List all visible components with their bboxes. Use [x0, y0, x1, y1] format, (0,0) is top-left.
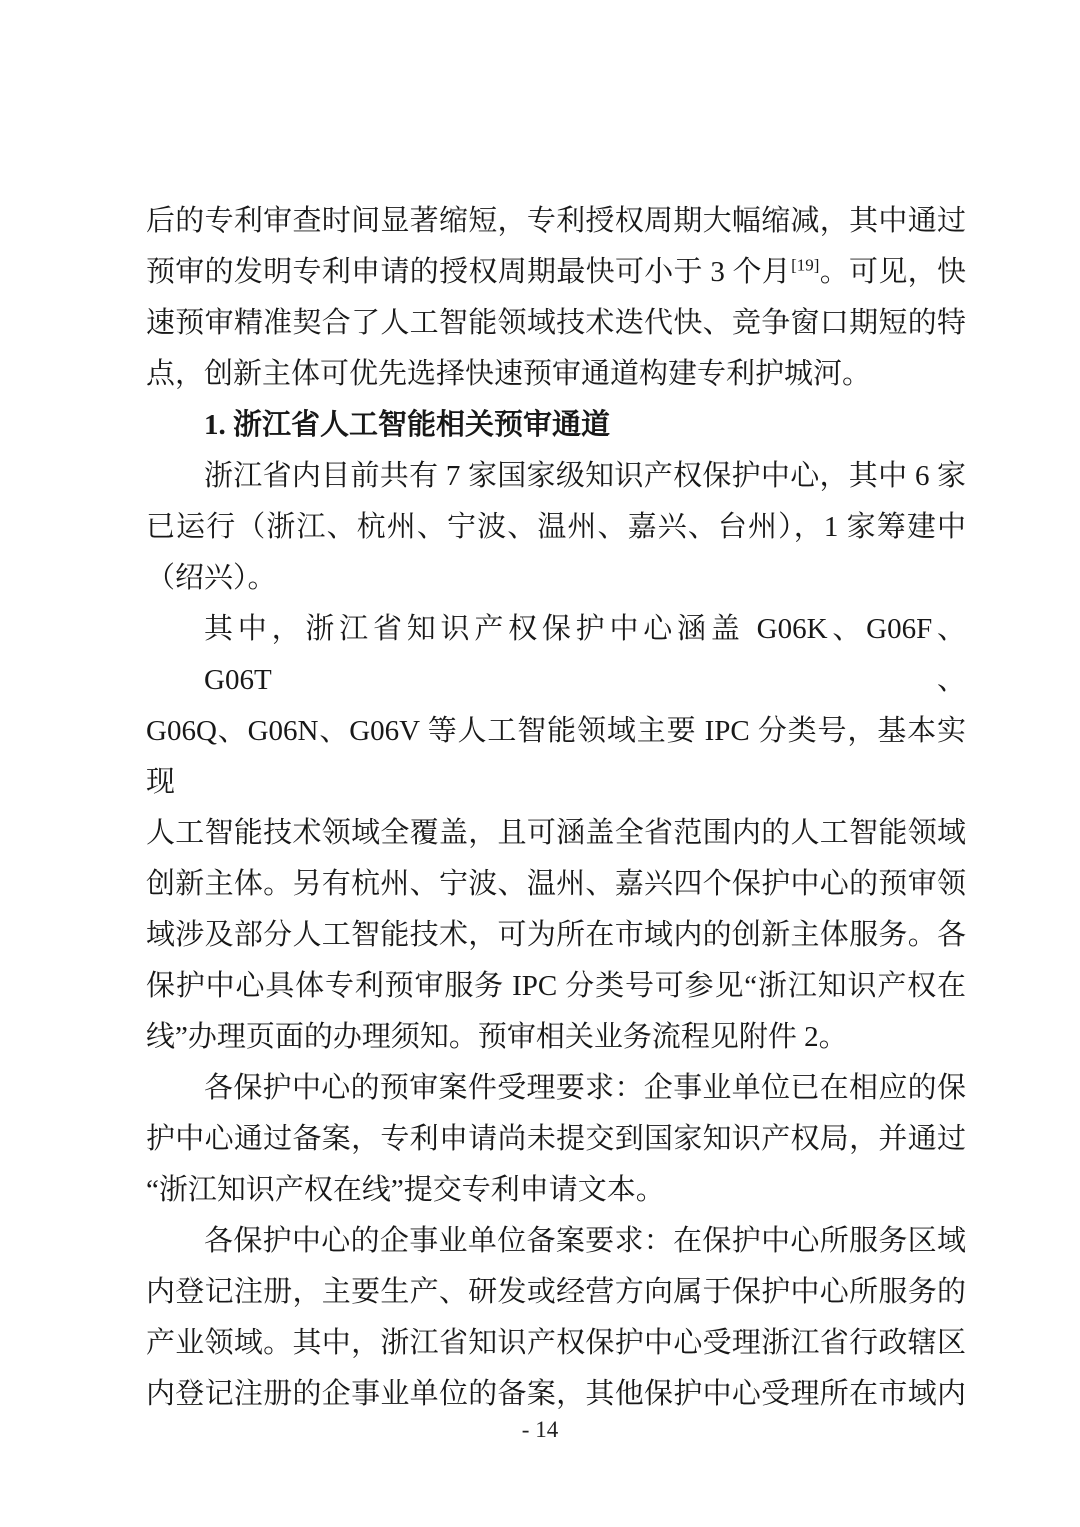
para4-line3: “浙江知识产权在线”提交专利申请文本。 — [146, 1165, 966, 1216]
para1-line2-text: 预审的发明专利申请的授权周期最快可小于 3 个月 — [146, 256, 791, 288]
document-page: 后的专利审查时间显著缩短，专利授权周期大幅缩减，其中通过 预审的发明专利申请的授… — [0, 0, 1080, 1527]
para4-line2: 护中心通过备案，专利申请尚未提交到国家知识产权局，并通过 — [146, 1114, 966, 1165]
para2-line2: 已运行（浙江、杭州、宁波、温州、嘉兴、台州），1 家筹建中 — [146, 502, 966, 553]
section-heading: 1. 浙江省人工智能相关预审通道 — [146, 400, 966, 451]
para3-line5: 域涉及部分人工智能技术，可为所在市域内的创新主体服务。各 — [146, 910, 966, 961]
para1-line4: 点，创新主体可优先选择快速预审通道构建专利护城河。 — [146, 349, 966, 400]
para3-line2: G06Q、G06N、G06V 等人工智能领域主要 IPC 分类号，基本实现 — [146, 706, 966, 808]
para3-line1: 其中，浙江省知识产权保护中心涵盖 G06K、G06F、G06T、 — [146, 604, 966, 706]
para1-line1: 后的专利审查时间显著缩短，专利授权周期大幅缩减，其中通过 — [146, 196, 966, 247]
para1-line2-tail: 。可见，快 — [819, 256, 966, 288]
para1-line3: 速预审精准契合了人工智能领域技术迭代快、竞争窗口期短的特 — [146, 298, 966, 349]
para4-line1: 各保护中心的预审案件受理要求：企事业单位已在相应的保 — [146, 1063, 966, 1114]
para5-line4: 内登记注册的企事业单位的备案，其他保护中心受理所在市域内 — [146, 1369, 966, 1420]
para3-line4: 创新主体。另有杭州、宁波、温州、嘉兴四个保护中心的预审领 — [146, 859, 966, 910]
para5-line2: 内登记注册，主要生产、研发或经营方向属于保护中心所服务的 — [146, 1267, 966, 1318]
para5-line1: 各保护中心的企事业单位备案要求：在保护中心所服务区域 — [146, 1216, 966, 1267]
para3-line6: 保护中心具体专利预审服务 IPC 分类号可参见“浙江知识产权在 — [146, 961, 966, 1012]
page-number: - 14 — [0, 1414, 1080, 1446]
para5-line3: 产业领域。其中，浙江省知识产权保护中心受理浙江省行政辖区 — [146, 1318, 966, 1369]
para2-line1: 浙江省内目前共有 7 家国家级知识产权保护中心，其中 6 家 — [146, 451, 966, 502]
document-body: 后的专利审查时间显著缩短，专利授权周期大幅缩减，其中通过 预审的发明专利申请的授… — [146, 196, 966, 1420]
para3-line3: 人工智能技术领域全覆盖，且可涵盖全省范围内的人工智能领域 — [146, 808, 966, 859]
para1-line2: 预审的发明专利申请的授权周期最快可小于 3 个月[19]。可见，快 — [146, 247, 966, 298]
citation-ref-19: [19] — [791, 255, 819, 274]
para2-line3: （绍兴）。 — [146, 553, 966, 604]
para3-line7: 线”办理页面的办理须知。预审相关业务流程见附件 2。 — [146, 1012, 966, 1063]
